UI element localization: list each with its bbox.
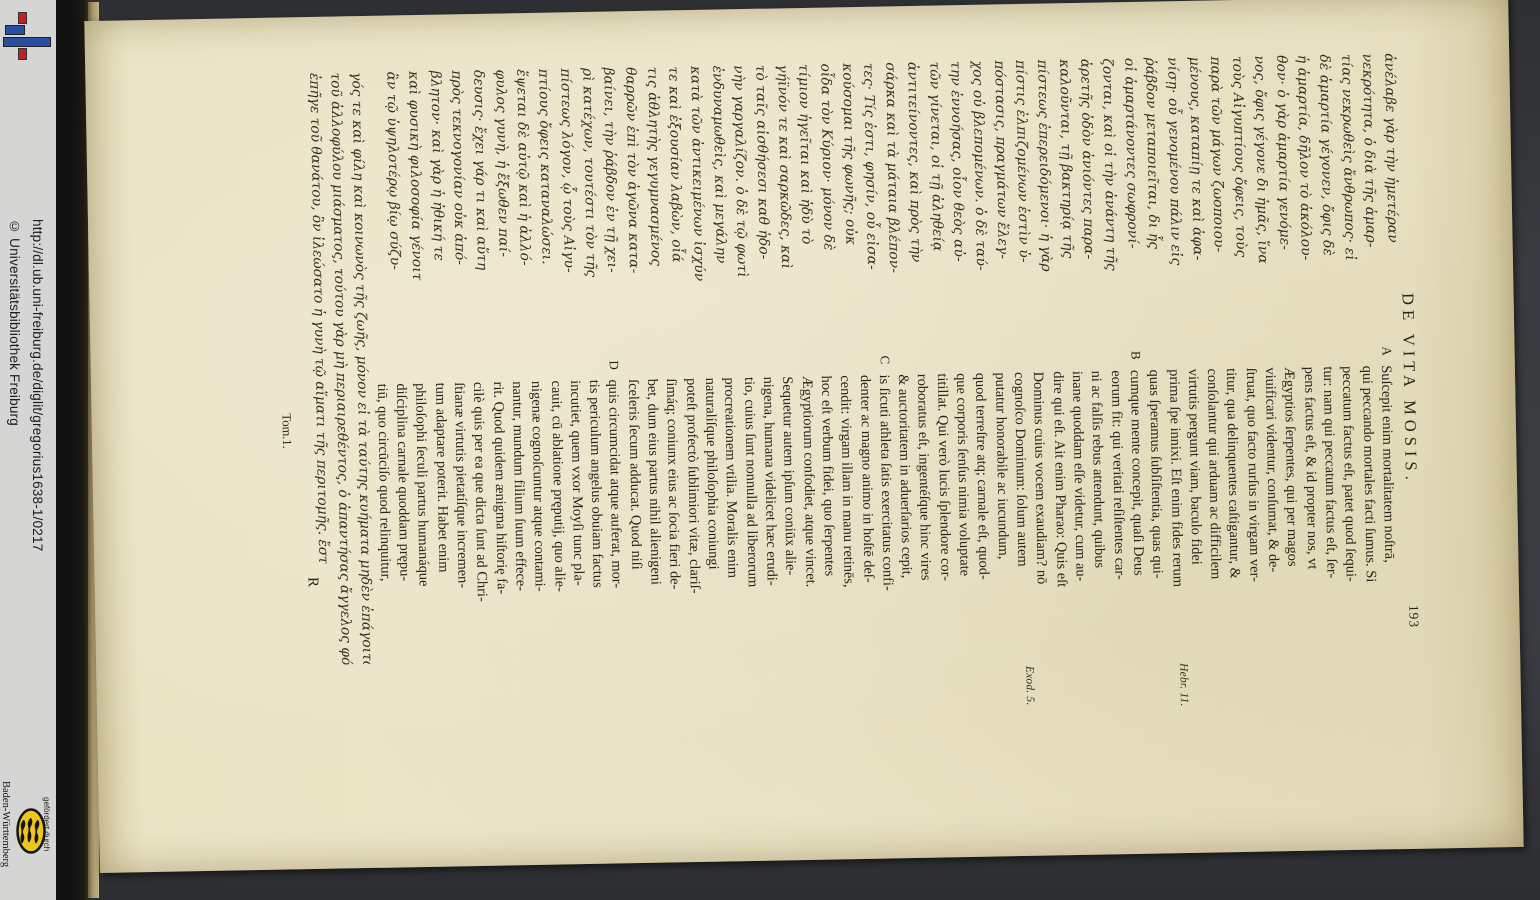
source-url[interactable]: http://dl.ub.uni-freiburg.de/diglit/greg…	[30, 219, 45, 551]
page-number: 193	[1405, 605, 1421, 629]
logo-blue-bar-short	[5, 25, 25, 35]
logo-blue-bar-long	[3, 37, 51, 47]
baden-wuerttemberg-coat-of-arms-icon	[16, 808, 46, 859]
signature-mark: R	[304, 577, 321, 587]
viewer-stage: DE VITA MOSIS. 193 ἀνέλαβε γὰρ τὴν ἡμετέ…	[0, 0, 1540, 900]
library-sidebar: http://dl.ub.uni-freiburg.de/diglit/greg…	[0, 0, 56, 900]
funding-name: Baden-Württemberg	[0, 781, 11, 867]
ub-freiburg-logo-icon	[0, 0, 56, 70]
scanned-page[interactable]: DE VITA MOSIS. 193 ἀνέλαβε γὰρ τὴν ἡμετέ…	[84, 0, 1523, 873]
logo-red-square-top	[18, 12, 27, 24]
section-letter-A: A	[1378, 346, 1394, 362]
section-letter-D: D	[606, 360, 622, 376]
book-gutter-shadow	[56, 0, 90, 900]
section-letter-B: B	[1127, 351, 1143, 367]
margin-note: Hebr. 11.	[1178, 663, 1191, 727]
margin-notes: Hebr. 11.Exod. 5.	[1508, 0, 1524, 847]
page-content-rotated: DE VITA MOSIS. 193 ἀνέλαβε γὰρ τὴν ἡμετέ…	[84, 0, 1523, 873]
latin-text-column: Suſcepit enim mortalitatem noſtrā,qui pe…	[371, 365, 1400, 674]
section-letter-C: C	[876, 355, 892, 371]
copyright-label: © Universitätsbibliothek Freiburg	[7, 219, 22, 426]
logo-red-square-bottom	[18, 48, 27, 60]
greek-text-column: ἀνέλαβε γὰρ τὴν ἡμετέραννεκρότητα, ὁ διὰ…	[380, 53, 1405, 372]
section-letters: ABCD	[1508, 0, 1524, 847]
margin-note: Exod. 5.	[1023, 666, 1036, 730]
volume-label: Tom.1.	[279, 413, 295, 449]
